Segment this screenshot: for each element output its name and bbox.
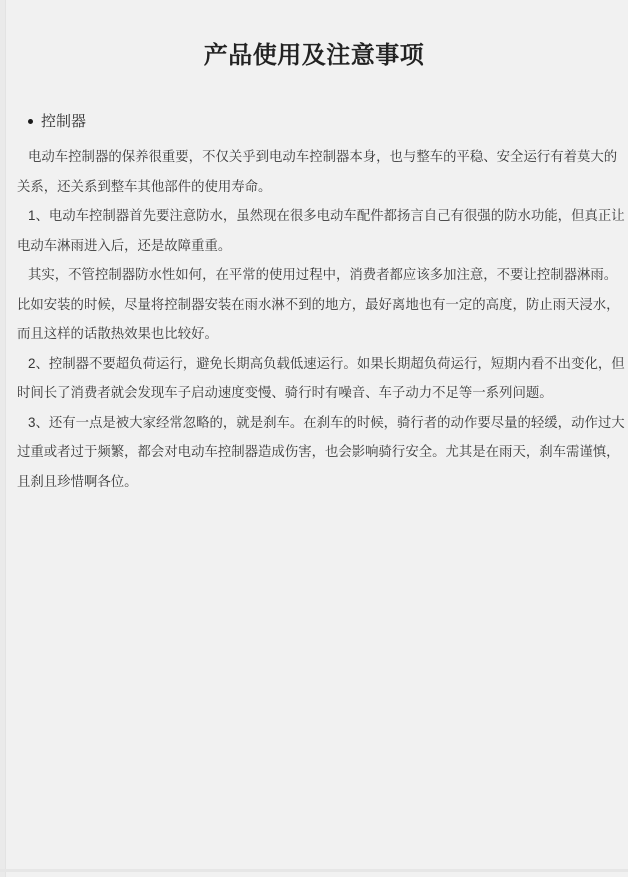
list-item-controller: 控制器 (28, 113, 628, 130)
paragraph-1-line-2: 关系，还关系到整车其他部件的使用寿命。 (17, 172, 628, 202)
paragraph-2-line-1: 1、电动车控制器首先要注意防水，虽然现在很多电动车配件都扬言自己有很强的防水功能… (17, 201, 628, 231)
page-bottom-edge (0, 869, 628, 872)
bullet-icon (28, 119, 33, 124)
article-body: 电动车控制器的保养很重要，不仅关乎到电动车控制器本身，也与整车的平稳、安全运行有… (0, 142, 628, 496)
paragraph-5-line-3: 且刹且珍惜啊各位。 (17, 467, 628, 497)
paragraph-3-line-3: 而且这样的话散热效果也比较好。 (17, 319, 628, 349)
page-left-edge (0, 0, 6, 877)
paragraph-4-line-2: 时间长了消费者就会发现车子启动速度变慢、骑行时有噪音、车子动力不足等一系列问题。 (17, 378, 628, 408)
paragraph-5-line-1: 3、还有一点是被大家经常忽略的，就是刹车。在刹车的时候，骑行者的动作要尽量的轻缓… (17, 408, 628, 438)
paragraph-5-line-2: 过重或者过于频繁，都会对电动车控制器造成伤害，也会影响骑行安全。尤其是在雨天，刹… (17, 437, 628, 467)
paragraph-1-line-1: 电动车控制器的保养很重要，不仅关乎到电动车控制器本身，也与整车的平稳、安全运行有… (17, 142, 628, 172)
paragraph-3-line-1: 其实，不管控制器防水性如何，在平常的使用过程中，消费者都应该多加注意，不要让控制… (17, 260, 628, 290)
paragraph-2-line-2: 电动车淋雨进入后，还是故障重重。 (17, 231, 628, 261)
list-item-label: 控制器 (41, 113, 86, 130)
document-page: { "page": { "title": "产品使用及注意事项", "color… (0, 0, 628, 877)
paragraph-4-line-1: 2、控制器不要超负荷运行，避免长期高负载低速运行。如果长期超负荷运行，短期内看不… (17, 349, 628, 379)
page-title: 产品使用及注意事项 (0, 0, 628, 71)
paragraph-3-line-2: 比如安装的时候，尽量将控制器安装在雨水淋不到的地方，最好离地也有一定的高度，防止… (17, 290, 628, 320)
